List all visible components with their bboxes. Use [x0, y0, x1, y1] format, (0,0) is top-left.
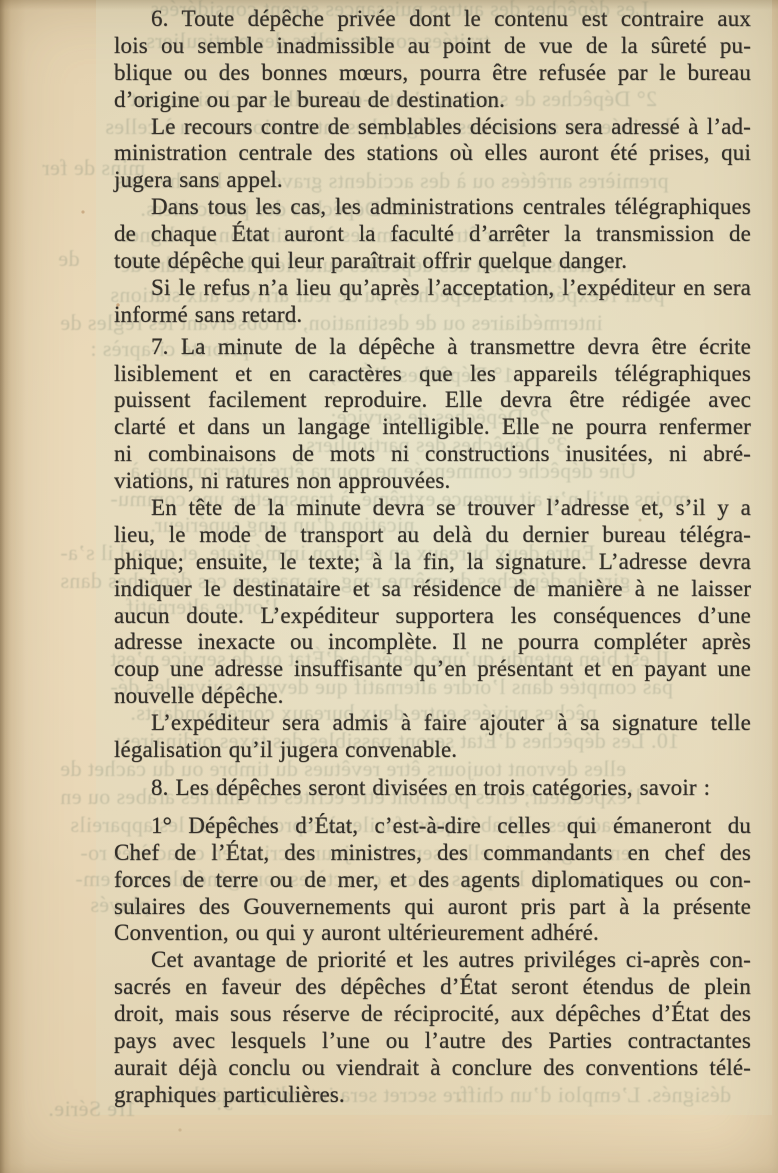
article-8-item-1: 1° Dépêches d’État, c’est-à-dire celles … [114, 813, 751, 947]
article-6-paragraph-1: 6. Toute dépêche privée dont le contenu … [114, 6, 751, 114]
article-8-intro: 8. Les dépêches seront divisées en trois… [114, 775, 751, 802]
text-line: Cet avantage de priorité et les autres p… [114, 947, 751, 974]
text-line: lisiblement et en caractères que les app… [114, 361, 751, 388]
text-line: de chaque État auront la faculté d’arrêt… [114, 221, 751, 248]
text-line: Convention, ou qui y auront ultérieureme… [114, 920, 751, 947]
text-block: 6. Toute dépêche privée dont le contenu … [114, 6, 751, 1109]
text-line: nouvelle dépêche. [114, 683, 751, 710]
text-line: 6. Toute dépêche privée dont le contenu … [114, 6, 751, 33]
text-line: Si le refus n’a lieu qu’après l’acceptat… [114, 275, 751, 302]
text-line: En tête de la minute devra se trouver l’… [114, 495, 751, 522]
article-6-paragraph-3: Dans tous les cas, les administrations c… [114, 194, 751, 275]
text-line: sacrés en faveur des dépêches d’État ser… [114, 974, 751, 1001]
text-line: puissent facilement reproduire. Elle dev… [114, 387, 751, 414]
text-line: pays avec lesquels l’une ou l’autre des … [114, 1028, 751, 1055]
text-line: 8. Les dépêches seront divisées en trois… [114, 775, 751, 802]
text-line: blique ou des bonnes mœurs, pourra être … [114, 60, 751, 87]
text-line: d’origine ou par le bureau de destinatio… [114, 87, 751, 114]
text-line: Le recours contre de semblables décision… [114, 114, 751, 141]
text-line: aucun doute. L’expéditeur supportera les… [114, 603, 751, 630]
article-7-paragraph-1: 7. La minute de la dépêche à transmettre… [114, 334, 751, 495]
text-line: informé sans retard. [114, 302, 751, 329]
article-7-paragraph-3: L’expéditeur sera admis à faire ajouter … [114, 710, 751, 764]
text-line: coup une adresse insuffisante qu’en prés… [114, 656, 751, 683]
text-line: jugera sans appel. [114, 167, 751, 194]
article-6-paragraph-2: Le recours contre de semblables décision… [114, 114, 751, 195]
text-line: lois ou semble inadmissible au point de … [114, 33, 751, 60]
text-line: 1° Dépêches d’État, c’est-à-dire celles … [114, 813, 751, 840]
text-line: clarté et dans un langage intelligible. … [114, 414, 751, 441]
bleedthrough-text: de [58, 246, 80, 272]
text-line: forces de terre ou de mer, et des agents… [114, 867, 751, 894]
book-gutter-edge [0, 0, 26, 1173]
text-line: Dans tous les cas, les administrations c… [114, 194, 751, 221]
text-line: ministration centrale des stations où el… [114, 140, 751, 167]
text-line: adresse inexacte ou incomplète. Il ne po… [114, 629, 751, 656]
text-line: phique; ensuite, le texte; à la fin, la … [114, 549, 751, 576]
article-7-paragraph-2: En tête de la minute devra se trouver l’… [114, 495, 751, 710]
text-line: lieu, le mode de transport au delà du de… [114, 522, 751, 549]
text-line: graphiques particulières. [114, 1082, 751, 1109]
text-line: toute dépêche qui leur paraîtrait offrir… [114, 248, 751, 275]
text-line: aurait déjà conclu ou viendrait à conclu… [114, 1055, 751, 1082]
text-line: 7. La minute de la dépêche à transmettre… [114, 334, 751, 361]
text-line: ni combinaisons de mots ni constructions… [114, 441, 751, 468]
text-line: sulaires des Gouvernements qui auront pr… [114, 894, 751, 921]
text-line: légalisation qu’il jugera convenable. [114, 737, 751, 764]
text-line: L’expéditeur sera admis à faire ajouter … [114, 710, 751, 737]
article-6-paragraph-4: Si le refus n’a lieu qu’après l’acceptat… [114, 275, 751, 329]
text-line: indiquer le destinataire et sa résidence… [114, 576, 751, 603]
scanned-book-page: Les dépêches des autres puissances seron… [0, 0, 778, 1173]
text-line: droit, mais sous réserve de réciprocité,… [114, 1001, 751, 1028]
article-8-paragraph-2: Cet avantage de priorité et les autres p… [114, 947, 751, 1108]
text-line: Chef de l’État, des ministres, des comma… [114, 840, 751, 867]
text-line: viations, ni ratures non approuvées. [114, 468, 751, 495]
